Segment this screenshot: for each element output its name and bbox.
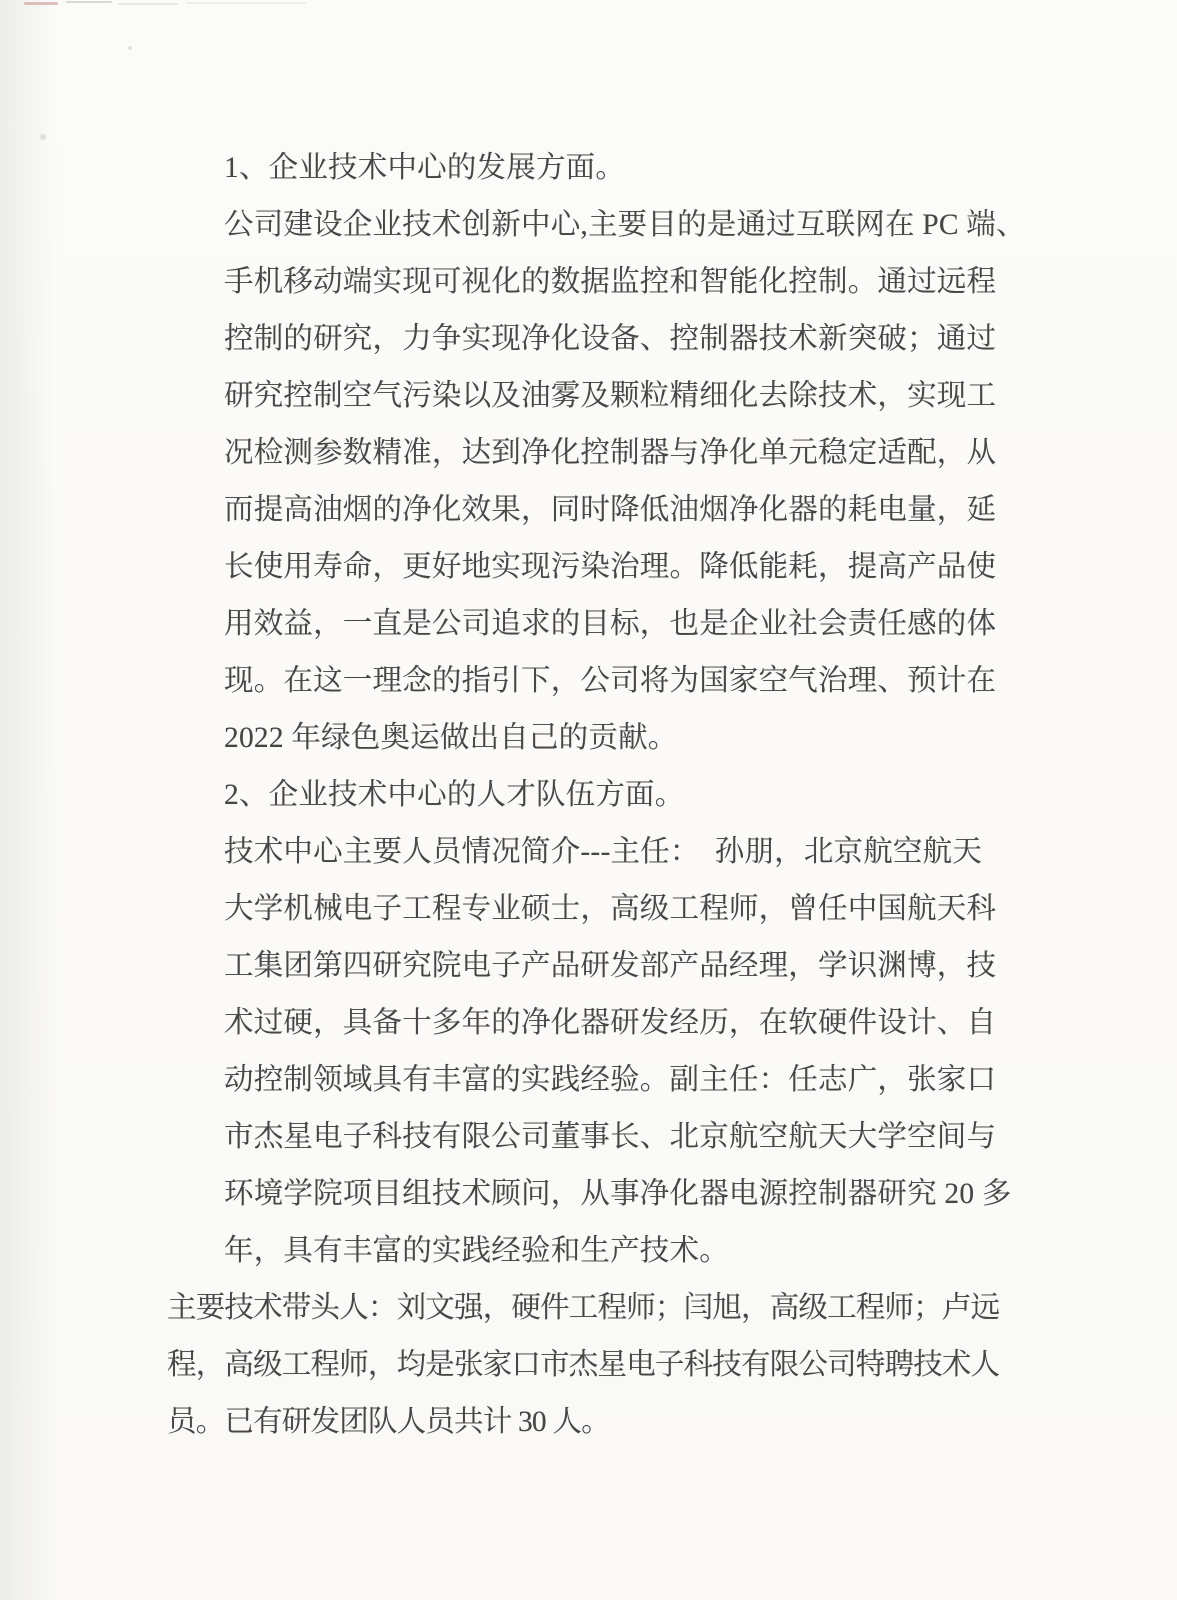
text-line: 技术中心主要人员情况简介---主任： 孙朋，北京航空航天 <box>0 824 1177 881</box>
text-line: 现。在这一理念的指引下，公司将为国家空气治理、预计在 <box>0 653 1177 710</box>
text-line: 而提高油烟的净化效果，同时降低油烟净化器的耗电量，延 <box>0 482 1177 539</box>
text-line: 年，具有丰富的实践经验和生产技术。 <box>0 1223 1177 1280</box>
text-line: 大学机械电子工程专业硕士，高级工程师，曾任中国航天科 <box>0 881 1177 938</box>
text-line: 工集团第四研究院电子产品研发部产品经理，学识渊博，技 <box>0 938 1177 995</box>
text-line: 况检测参数精准，达到净化控制器与净化单元稳定适配，从 <box>0 425 1177 482</box>
text-line: 长使用寿命，更好地实现污染治理。降低能耗，提高产品使 <box>0 539 1177 596</box>
text-line: 2022 年绿色奥运做出自己的贡献。 <box>0 710 1177 767</box>
text-line: 研究控制空气污染以及油雾及颗粒精细化去除技术，实现工 <box>0 368 1177 425</box>
text-line: 市杰星电子科技有限公司董事长、北京航空航天大学空间与 <box>0 1109 1177 1166</box>
text-line: 程，高级工程师，均是张家口市杰星电子科技有限公司特聘技术人 <box>0 1337 1177 1394</box>
text-line: 控制的研究，力争实现净化设备、控制器技术新突破；通过 <box>0 311 1177 368</box>
scanned-page: 1、企业技术中心的发展方面。 公司建设企业技术创新中心,主要目的是通过互联网在 … <box>0 0 1177 1600</box>
section-heading: 1、企业技术中心的发展方面。 <box>0 140 1177 197</box>
text-line: 公司建设企业技术创新中心,主要目的是通过互联网在 PC 端、 <box>0 197 1177 254</box>
text-line: 员。已有研发团队人员共计 30 人。 <box>0 1394 1177 1451</box>
text-line: 手机移动端实现可视化的数据监控和智能化控制。通过远程 <box>0 254 1177 311</box>
section-heading: 2、企业技术中心的人才队伍方面。 <box>0 767 1177 824</box>
text-line: 术过硬，具备十多年的净化器研发经历，在软硬件设计、自 <box>0 995 1177 1052</box>
scan-artifact-gray <box>186 2 306 4</box>
scan-speckle <box>128 46 132 50</box>
scan-artifact-gray <box>66 1 112 3</box>
text-line: 用效益，一直是公司追求的目标，也是企业社会责任感的体 <box>0 596 1177 653</box>
text-line: 环境学院项目组技术顾问，从事净化器电源控制器研究 20 多 <box>0 1166 1177 1223</box>
scan-artifact-gray <box>118 3 178 5</box>
scan-artifact-red <box>24 2 58 5</box>
document-text-block: 1、企业技术中心的发展方面。 公司建设企业技术创新中心,主要目的是通过互联网在 … <box>0 140 1177 1451</box>
text-line: 动控制领域具有丰富的实践经验。副主任：任志广，张家口 <box>0 1052 1177 1109</box>
text-line: 主要技术带头人：刘文强，硬件工程师；闫旭，高级工程师；卢远 <box>0 1280 1177 1337</box>
